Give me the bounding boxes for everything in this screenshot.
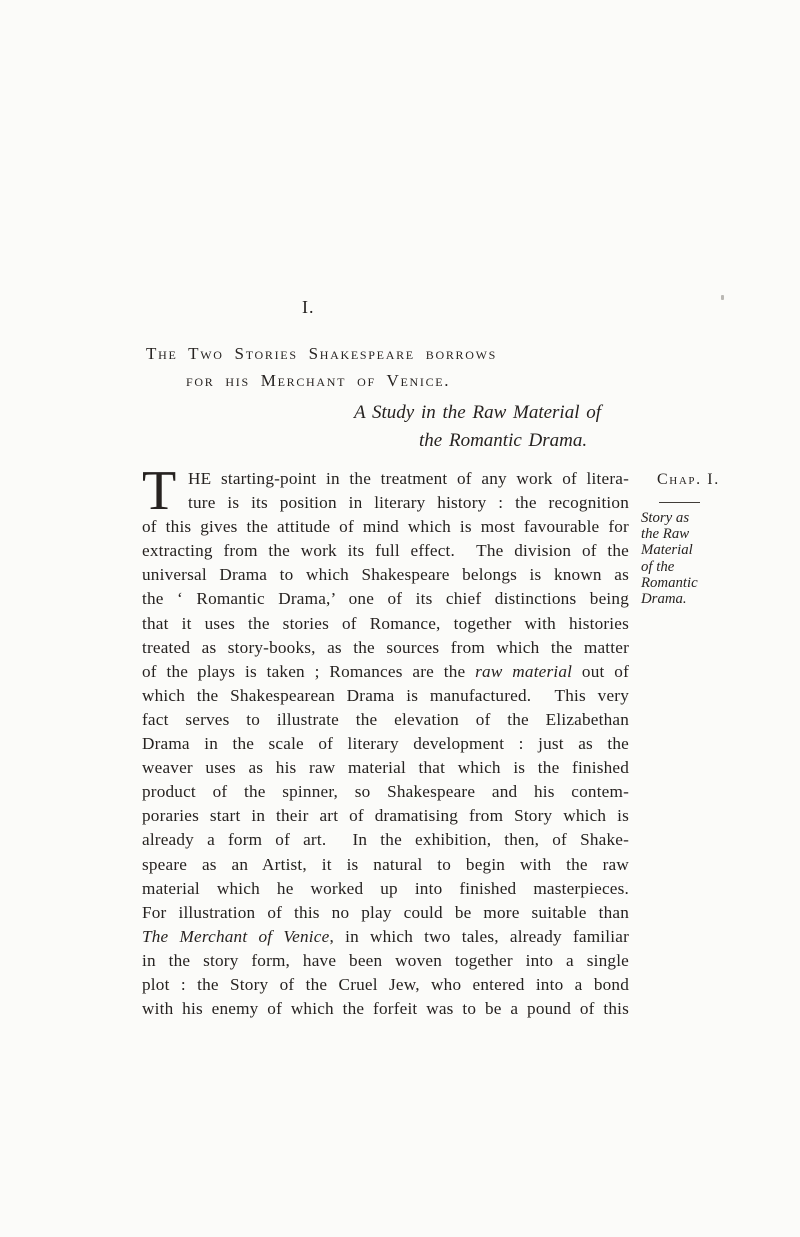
margin-side-note: Story asthe RawMaterialof theRomanticDra…: [641, 510, 698, 607]
body-line: which the Shakespearean Drama is manufac…: [142, 684, 629, 708]
body-paragraph: T HE starting-point in the treatment of …: [142, 467, 629, 1021]
body-line: of the plays is taken ; Romances are the…: [142, 660, 629, 684]
body-lines: HE starting-point in the treatment of an…: [142, 467, 629, 1021]
body-line: fact serves to illustrate the elevation …: [142, 708, 629, 732]
margin-note-line: Romantic: [641, 575, 698, 591]
body-line: weaver uses as his raw material that whi…: [142, 756, 629, 780]
margin-note-line: of the: [641, 559, 698, 575]
margin-note-line: the Raw: [641, 526, 698, 542]
body-line: ture is its position in literary history…: [142, 491, 629, 515]
body-line: of this gives the attitude of mind which…: [142, 515, 629, 539]
margin-note-line: Story as: [641, 510, 698, 526]
chapter-title-line2: for his Merchant of Venice.: [186, 371, 450, 391]
body-line: The Merchant of Venice, in which two tal…: [142, 925, 629, 949]
body-line: in the story form, have been woven toget…: [142, 949, 629, 973]
body-line: with his enemy of which the forfeit was …: [142, 997, 629, 1021]
body-line: treated as story-books, as the sources f…: [142, 636, 629, 660]
margin-note-line: Drama.: [641, 591, 698, 607]
body-line: material which he worked up into finishe…: [142, 877, 629, 901]
chapter-subtitle-line1: A Study in the Raw Material of: [354, 402, 601, 424]
body-line: extracting from the work its full effect…: [142, 539, 629, 563]
body-line: universal Drama to which Shakespeare bel…: [142, 563, 629, 587]
body-line: already a form of art. In the exhibition…: [142, 828, 629, 852]
body-line: plot : the Story of the Cruel Jew, who e…: [142, 973, 629, 997]
body-line: product of the spinner, so Shakespeare a…: [142, 780, 629, 804]
margin-note-line: Material: [641, 542, 698, 558]
body-line: Drama in the scale of literary developme…: [142, 732, 629, 756]
body-line: For illustration of this no play could b…: [142, 901, 629, 925]
chapter-subtitle-line2: the Romantic Drama.: [419, 430, 587, 452]
chapter-title-line1: The Two Stories Shakespeare borrows: [146, 344, 497, 364]
chapter-number: I.: [302, 297, 315, 318]
body-line: HE starting-point in the treatment of an…: [142, 467, 629, 491]
margin-rule: [659, 502, 700, 503]
margin-chapter-label: Chap. I.: [657, 471, 720, 489]
book-page: I. The Two Stories Shakespeare borrows f…: [0, 0, 800, 1237]
body-line: that it uses the stories of Romance, tog…: [142, 612, 629, 636]
body-line: speare as an Artist, it is natural to be…: [142, 853, 629, 877]
body-line: poraries start in their art of dramatisi…: [142, 804, 629, 828]
body-line: the ‘ Romantic Drama,’ one of its chief …: [142, 587, 629, 611]
scan-speck: [721, 295, 724, 300]
